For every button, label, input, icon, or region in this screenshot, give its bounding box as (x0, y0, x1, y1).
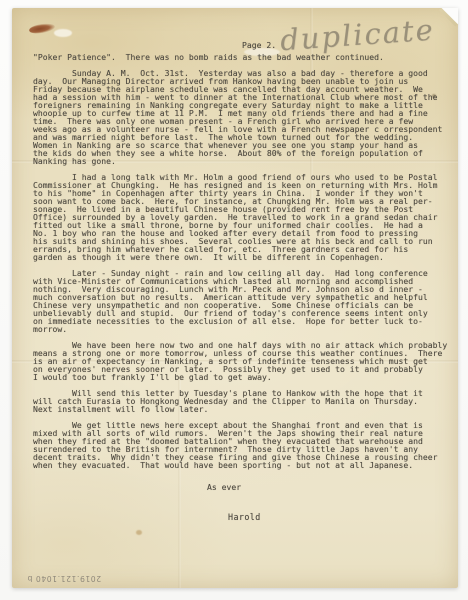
paragraph-sunday-night-conference: Later - Sunday night - rain and low ceil… (33, 269, 461, 333)
paragraph-shanghai-news: We get little news here except about the… (33, 421, 461, 469)
signature-harold: Harold (228, 513, 261, 522)
page-number-label: Page 2. (242, 41, 276, 50)
letter-sheet: duplicate Page 2. "Poker Patience". Ther… (12, 8, 458, 588)
paragraph-poker-patience: "Poker Patience". There was no bomb raid… (33, 53, 461, 61)
closing-line: As ever (207, 483, 241, 492)
paragraph-mr-holm: I had a long talk with Mr. Holm a good f… (33, 173, 461, 261)
letter-body: "Poker Patience". There was no bomb raid… (33, 53, 461, 477)
ink-stain (28, 22, 55, 35)
paper-chip (54, 29, 72, 37)
paragraph-mail-routing: Will send this letter by Tuesday's plane… (33, 389, 461, 413)
paragraph-air-attack-expectancy: We have been here now two and one half d… (33, 341, 461, 381)
handwritten-duplicate-note: duplicate (279, 12, 461, 56)
foxing-spot (136, 530, 142, 535)
paragraph-sunday-morning: Sunday A. M. Oct. 31st. Yesterday was al… (33, 69, 461, 165)
accession-number: 2019.121.1040 b (23, 574, 105, 583)
